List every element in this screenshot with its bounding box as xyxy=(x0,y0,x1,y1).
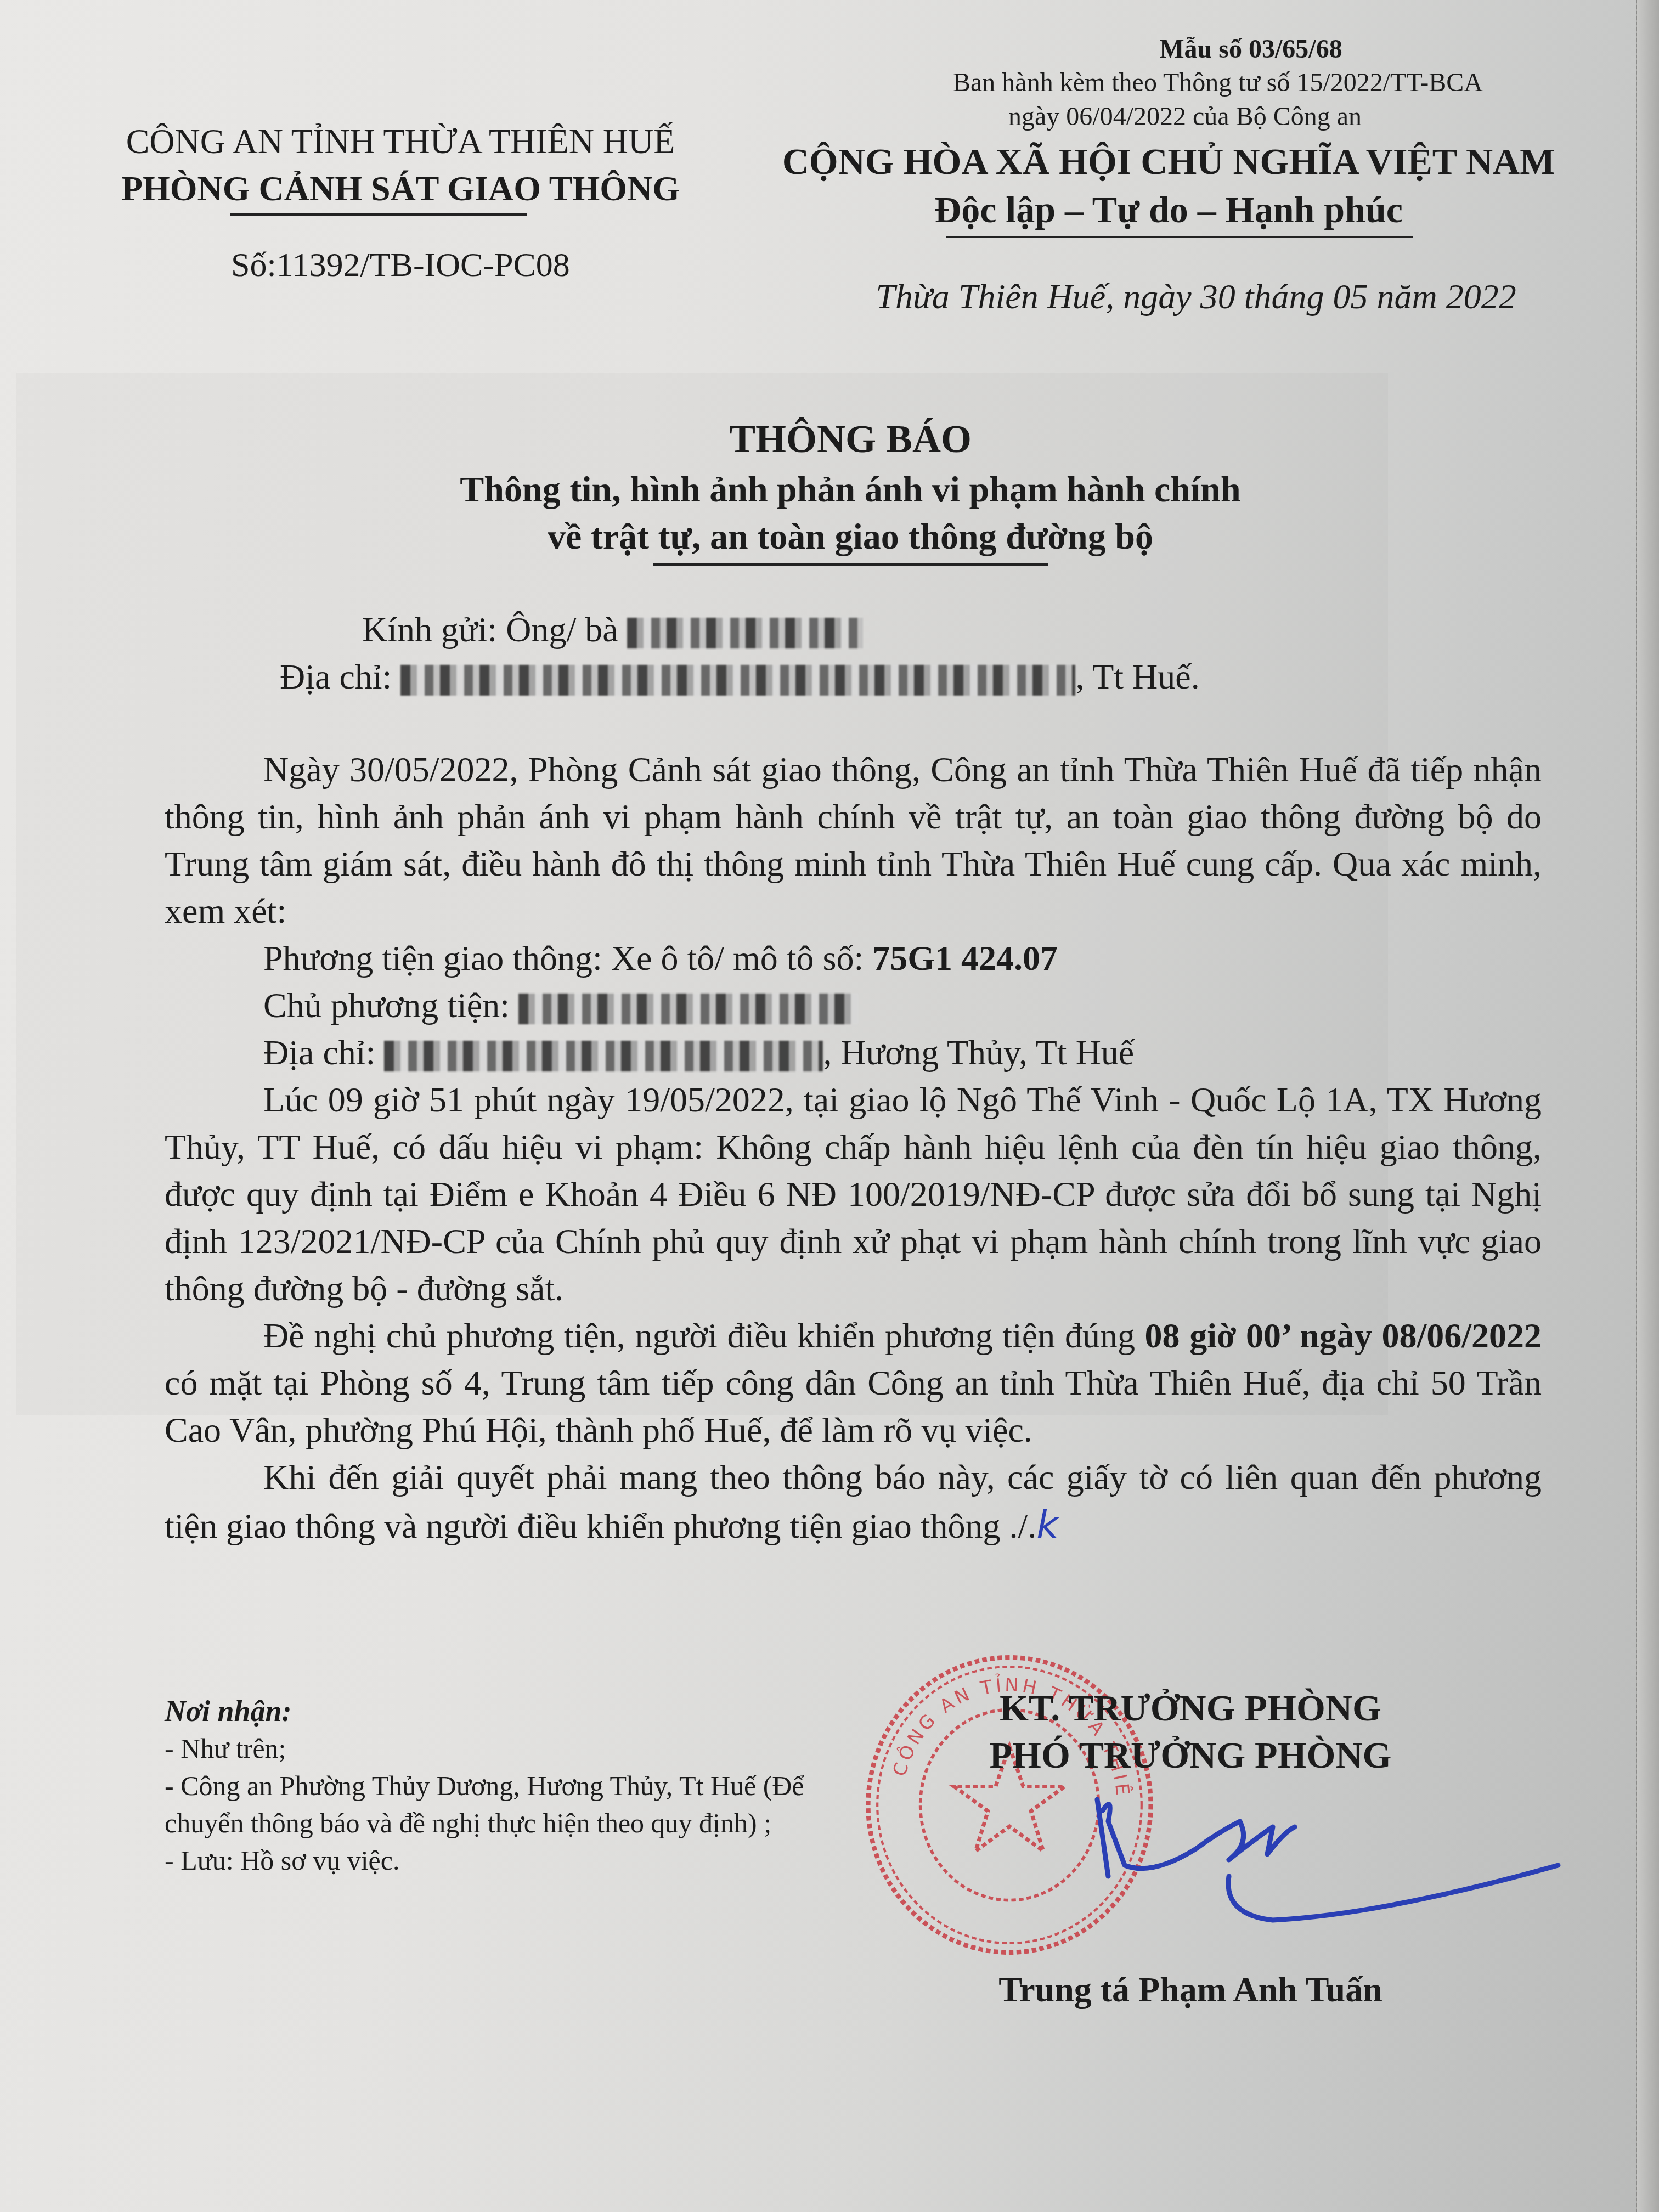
closing-text: Khi đến giải quyết phải mang theo thông … xyxy=(165,1458,1542,1545)
title-underline xyxy=(653,563,1048,566)
header-underline xyxy=(230,213,527,216)
national-header: Mẫu số 03/65/68 Ban hành kèm theo Thông … xyxy=(746,33,1591,317)
document-subtitle-line-1: Thông tin, hình ảnh phản ánh vi phạm hàn… xyxy=(219,466,1481,513)
owner-address-line: Địa chỉ: , Hương Thủy, Tt Huế xyxy=(165,1029,1542,1076)
owner-line: Chủ phương tiện: xyxy=(165,982,1542,1029)
signature-block: KT. TRƯỞNG PHÒNG PHÓ TRƯỞNG PHÒNG Trung … xyxy=(889,1684,1492,1779)
document-title: THÔNG BÁO xyxy=(219,411,1481,466)
address-label: Địa chỉ: xyxy=(280,657,392,696)
handwritten-signature xyxy=(1075,1788,1569,1953)
redacted-owner-name xyxy=(518,994,859,1024)
owner-address-suffix: , Hương Thủy, Tt Huế xyxy=(823,1033,1134,1072)
notice-body: Ngày 30/05/2022, Phòng Cảnh sát giao thô… xyxy=(165,746,1542,1550)
department-name: PHÒNG CẢNH SÁT GIAO THÔNG xyxy=(77,165,724,212)
signer-role-line-2: PHÓ TRƯỞNG PHÒNG xyxy=(889,1731,1492,1779)
issuing-agency-header: CÔNG AN TỈNH THỪA THIÊN HUẾ PHÒNG CẢNH S… xyxy=(77,118,724,285)
nation-name: CỘNG HÒA XÃ HỘI CHỦ NGHĨA VIỆT NAM xyxy=(746,136,1591,187)
paragraph-violation: Lúc 09 giờ 51 phút ngày 19/05/2022, tại … xyxy=(165,1076,1542,1312)
form-number: Mẫu số 03/65/68 xyxy=(746,33,1591,66)
agency-name: CÔNG AN TỈNH THỪA THIÊN HUẾ xyxy=(77,118,724,165)
issued-under-line-1: Ban hành kèm theo Thông tư số 15/2022/TT… xyxy=(746,66,1591,100)
appointment-time: 08 giờ 00’ ngày 08/06/2022 xyxy=(1145,1316,1542,1355)
summons-text-a: Đề nghị chủ phương tiện, người điều khiể… xyxy=(263,1316,1145,1355)
document-number: Số:11392/TB-IOC-PC08 xyxy=(77,246,724,285)
redacted-owner-address xyxy=(384,1041,823,1071)
license-plate: 75G1 424.07 xyxy=(872,939,1058,978)
address-suffix: , Tt Huế. xyxy=(1075,657,1199,696)
handwritten-check-mark: k xyxy=(1036,1502,1059,1547)
distribution-list: Nơi nhận: - Như trên; - Công an Phường T… xyxy=(165,1692,812,1879)
distribution-item: - Lưu: Hồ sơ vụ việc. xyxy=(165,1842,812,1879)
paragraph-receipt: Ngày 30/05/2022, Phòng Cảnh sát giao thô… xyxy=(165,746,1542,935)
signer-name: Trung tá Phạm Anh Tuấn xyxy=(889,1970,1492,2010)
vehicle-label: Phương tiện giao thông: Xe ô tô/ mô tô s… xyxy=(263,939,872,978)
distribution-item: - Như trên; xyxy=(165,1730,812,1767)
addressee-label: Kính gửi: Ông/ bà xyxy=(362,610,618,649)
summons-text-b: có mặt tại Phòng số 4, Trung tâm tiếp cô… xyxy=(165,1363,1542,1449)
issued-under-line-2: ngày 06/04/2022 của Bộ Công an xyxy=(746,100,1591,134)
national-motto: Độc lập – Tự do – Hạnh phúc xyxy=(746,187,1591,233)
motto-underline xyxy=(946,236,1413,238)
document-subtitle-line-2: về trật tự, an toàn giao thông đường bộ xyxy=(219,513,1481,561)
paper-edge xyxy=(1636,0,1659,2212)
owner-label: Chủ phương tiện: xyxy=(263,986,510,1025)
redacted-addressee-address xyxy=(400,665,1075,696)
signer-role-line-1: KT. TRƯỞNG PHÒNG xyxy=(889,1684,1492,1731)
paragraph-summons: Đề nghị chủ phương tiện, người điều khiể… xyxy=(165,1312,1542,1454)
place-and-date: Thừa Thiên Huế, ngày 30 tháng 05 năm 202… xyxy=(746,276,1591,317)
distribution-title: Nơi nhận: xyxy=(165,1692,812,1730)
distribution-item: - Công an Phường Thủy Dương, Hương Thủy,… xyxy=(165,1767,812,1842)
addressee-block: Kính gửi: Ông/ bà Địa chỉ: , Tt Huế. xyxy=(362,606,1459,701)
paragraph-closing: Khi đến giải quyết phải mang theo thông … xyxy=(165,1454,1542,1550)
vehicle-line: Phương tiện giao thông: Xe ô tô/ mô tô s… xyxy=(165,935,1542,982)
document-title-block: THÔNG BÁO Thông tin, hình ảnh phản ánh v… xyxy=(219,411,1481,566)
owner-address-label: Địa chỉ: xyxy=(263,1033,375,1072)
redacted-addressee-name xyxy=(627,618,863,648)
